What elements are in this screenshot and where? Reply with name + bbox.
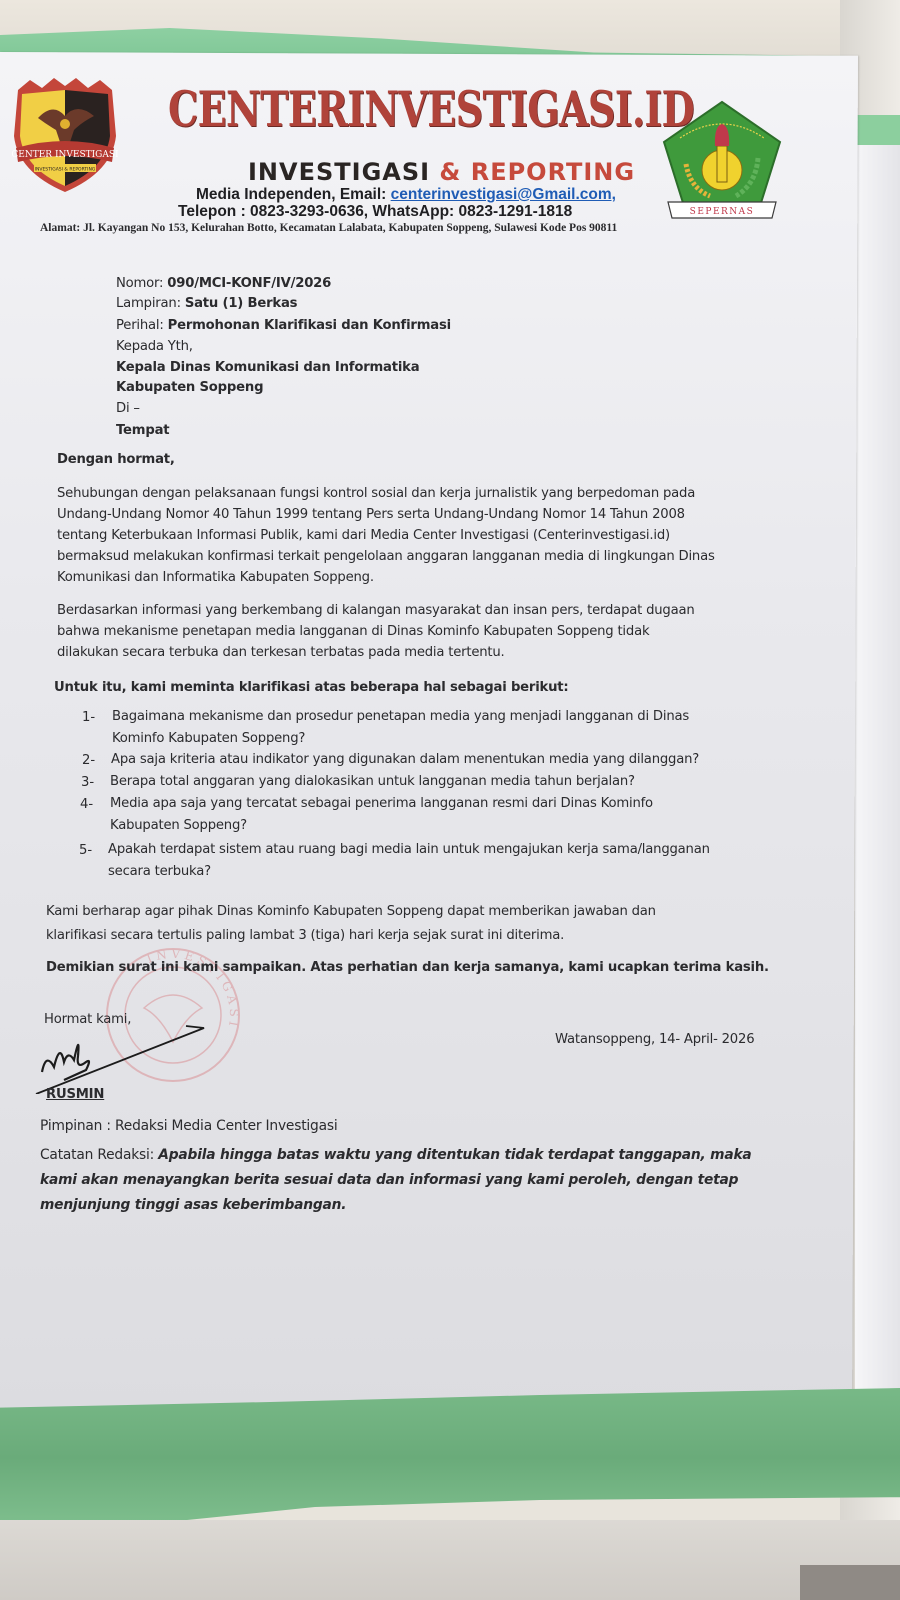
center-investigasi-logo: CENTER INVESTIGASI INVESTIGASI & REPORTI… <box>8 76 122 194</box>
p1-line: Sehubungan dengan pelaksanaan fungsi kon… <box>57 483 715 504</box>
editor-note-line: kami akan menayangkan berita sesuai data… <box>40 1168 752 1193</box>
plastic-sleeve-bottom <box>0 1388 900 1528</box>
brand-tagline: INVESTIGASI & REPORTING <box>248 158 635 186</box>
paragraph-1: Sehubungan dengan pelaksanaan fungsi kon… <box>57 483 715 588</box>
perihal-line: Perihal: Permohonan Klarifikasi dan Konf… <box>116 318 451 333</box>
nomor-value: 090/MCI-KONF/IV/2026 <box>167 276 331 291</box>
question-line: Apa saja kriteria atau indikator yang di… <box>111 749 699 771</box>
question-number: 1- <box>82 710 95 725</box>
question-item: Media apa saja yang tercatat sebagai pen… <box>110 793 653 837</box>
brand-name: CENTERINVESTIGASI.ID <box>168 80 527 138</box>
sepernas-logo: SEPERNAS <box>660 98 784 224</box>
p3-line: Kami berharap agar pihak Dinas Kominfo K… <box>46 900 656 924</box>
question-number: 3- <box>81 775 94 790</box>
signer-name: RUSMIN <box>46 1087 104 1102</box>
question-item: Apakah terdapat sistem atau ruang bagi m… <box>108 839 710 883</box>
greeting: Dengan hormat, <box>57 452 175 467</box>
p3-line: klarifikasi secara tertulis paling lamba… <box>46 924 656 948</box>
p1-line: Undang-Undang Nomor 40 Tahun 1999 tentan… <box>57 504 715 525</box>
question-line: secara terbuka? <box>108 861 710 883</box>
nomor-line: Nomor: 090/MCI-KONF/IV/2026 <box>116 276 331 291</box>
p2-line: Berdasarkan informasi yang berkembang di… <box>57 600 695 621</box>
tagline-reporting: & REPORTING <box>439 158 635 186</box>
background-shadow <box>800 1565 900 1600</box>
svg-text:CENTER INVESTIGASI: CENTER INVESTIGASI <box>11 150 119 160</box>
editor-note: Catatan Redaksi: Apabila hingga batas wa… <box>40 1143 752 1218</box>
editor-note-label: Catatan Redaksi: <box>40 1147 158 1163</box>
tagline-investigasi: INVESTIGASI <box>248 158 430 186</box>
svg-text:INVESTIGASI & REPORTING: INVESTIGASI & REPORTING <box>35 167 96 173</box>
editor-note-line: Apabila hingga batas waktu yang ditentuk… <box>158 1147 751 1163</box>
question-line: Bagaimana mekanisme dan prosedur penetap… <box>112 706 689 728</box>
email-link[interactable]: centerinvestigasi@Gmail.com, <box>391 186 616 203</box>
question-item: Apa saja kriteria atau indikator yang di… <box>111 749 699 771</box>
question-line: Apakah terdapat sistem atau ruang bagi m… <box>108 839 710 861</box>
perihal-value: Permohonan Klarifikasi dan Konfirmasi <box>168 318 451 333</box>
contact-info: Media Independen, Email: centerinvestiga… <box>196 186 616 220</box>
question-item: Berapa total anggaran yang dialokasikan … <box>110 771 635 793</box>
nomor-label: Nomor: <box>116 276 167 291</box>
paragraph-2: Berdasarkan informasi yang berkembang di… <box>57 600 695 663</box>
question-line: Kominfo Kabupaten Soppeng? <box>112 728 689 750</box>
phone-line: Telepon : 0823-3293-0636, WhatsApp: 0823… <box>178 203 616 220</box>
question-line: Kabupaten Soppeng? <box>110 815 653 837</box>
p1-line: bermaksud melakukan konfirmasi terkait p… <box>57 546 715 567</box>
closing-sentence: Demikian surat ini kami sampaikan. Atas … <box>46 960 769 975</box>
signer-title: Pimpinan : Redaksi Media Center Investig… <box>40 1118 338 1134</box>
tempat-line: Tempat <box>116 423 169 438</box>
question-item: Bagaimana mekanisme dan prosedur penetap… <box>112 706 689 750</box>
lampiran-value: Satu (1) Berkas <box>185 296 298 311</box>
underlying-sheet <box>855 145 900 1415</box>
perihal-label: Perihal: <box>116 318 168 333</box>
paragraph-3: Kami berharap agar pihak Dinas Kominfo K… <box>46 900 656 948</box>
lampiran-label: Lampiran: <box>116 296 185 311</box>
recipient-line-1: Kepala Dinas Komunikasi dan Informatika <box>116 360 419 375</box>
recipient-line-2: Kabupaten Soppeng <box>116 380 263 395</box>
di-line: Di – <box>116 401 140 416</box>
address-line: Alamat: Jl. Kayangan No 153, Kelurahan B… <box>40 222 617 234</box>
p1-line: tentang Keterbukaan Informasi Publik, ka… <box>57 525 715 546</box>
question-number: 4- <box>80 797 93 812</box>
p2-line: dilakukan secara terbuka dan terkesan te… <box>57 642 695 663</box>
p2-line: bahwa mekanisme penetapan media langgana… <box>57 621 695 642</box>
lampiran-line: Lampiran: Satu (1) Berkas <box>116 296 297 311</box>
place-date: Watansoppeng, 14- April- 2026 <box>555 1032 754 1047</box>
request-heading: Untuk itu, kami meminta klarifikasi atas… <box>54 680 569 695</box>
question-line: Media apa saja yang tercatat sebagai pen… <box>110 793 653 815</box>
kepada-line: Kepada Yth, <box>116 339 193 354</box>
signature <box>34 1012 214 1094</box>
svg-text:SEPERNAS: SEPERNAS <box>690 207 755 217</box>
contact-prefix: Media Independen, Email: <box>196 186 391 203</box>
question-line: Berapa total anggaran yang dialokasikan … <box>110 771 635 793</box>
question-number: 2- <box>82 753 95 768</box>
editor-note-line: menjunjung tinggi asas keberimbangan. <box>40 1193 752 1218</box>
question-number: 5- <box>79 843 92 858</box>
background-surface <box>0 1520 900 1600</box>
p1-line: Komunikasi dan Informatika Kabupaten Sop… <box>57 567 715 588</box>
